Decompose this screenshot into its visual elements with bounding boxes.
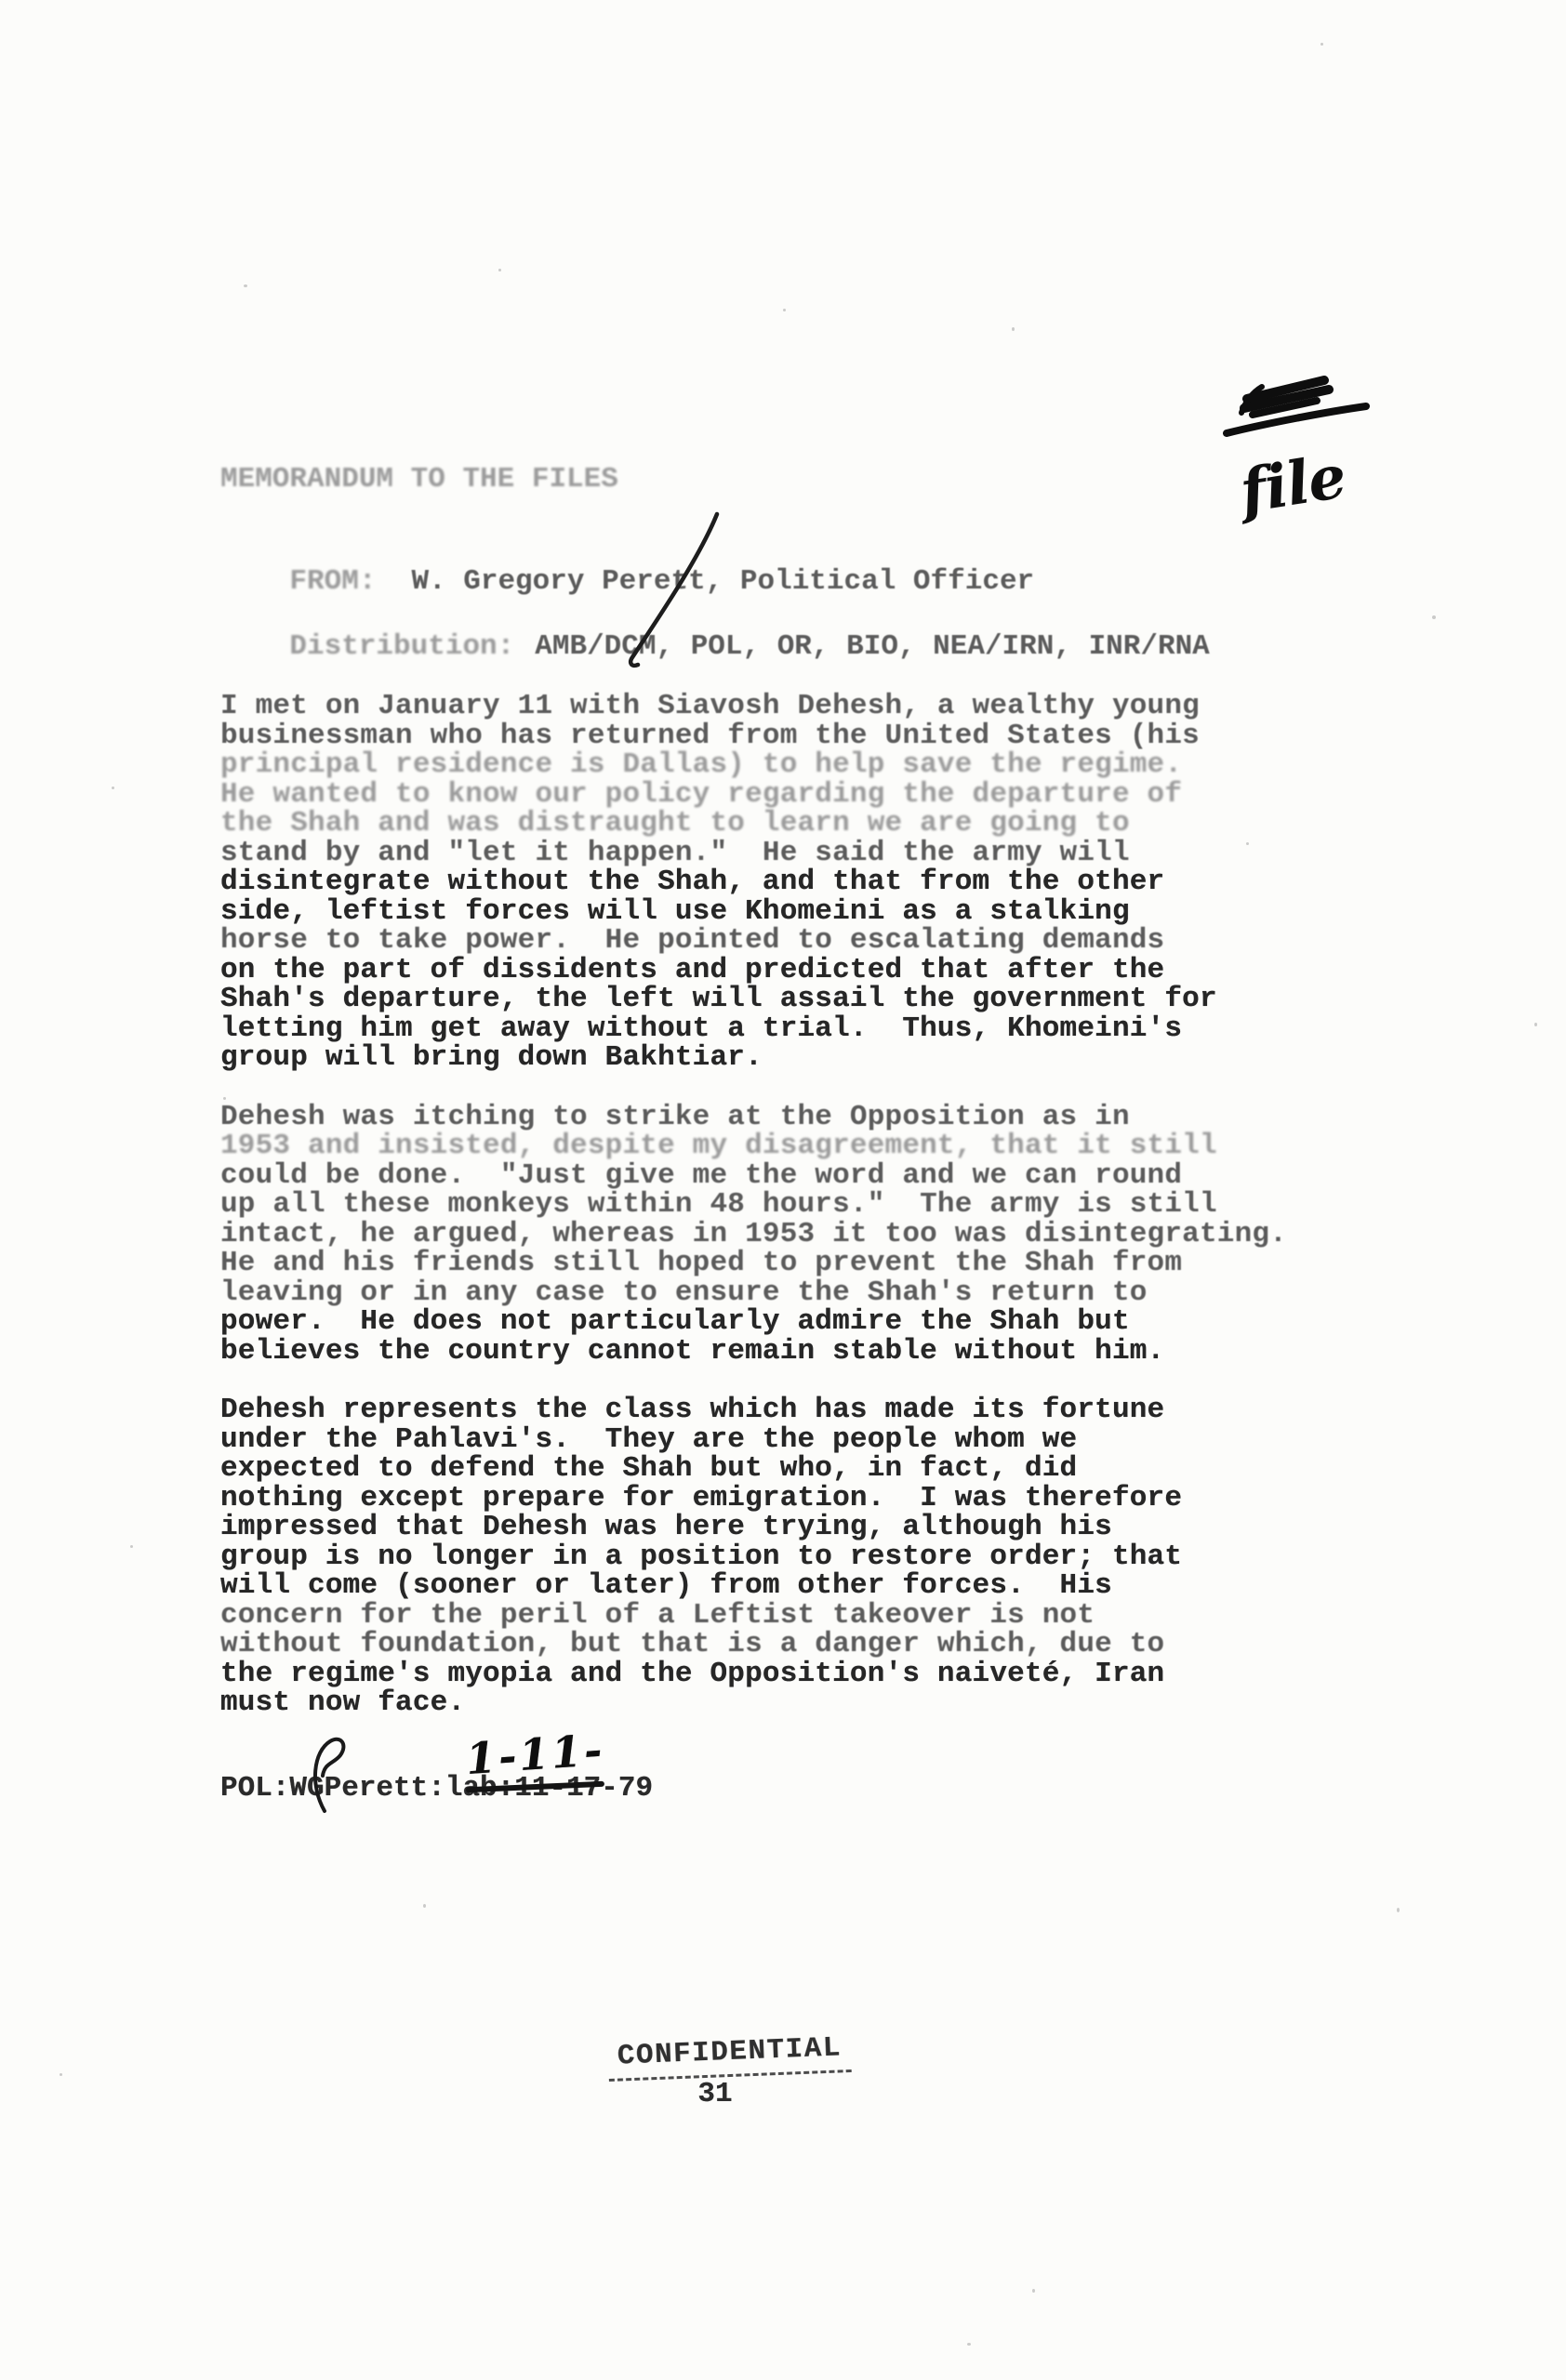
classification-footer: CONFIDENTIAL 31 bbox=[0, 2036, 1460, 2110]
text-line: must now face. bbox=[220, 1688, 1383, 1718]
text-line: concern for the peril of a Leftist takeo… bbox=[220, 1601, 1383, 1631]
text-line: expected to defend the Shah but who, in … bbox=[220, 1454, 1383, 1484]
scribble-mark: file bbox=[1204, 370, 1409, 528]
distribution-label: Distribution: bbox=[289, 632, 514, 662]
text-line: on the part of dissidents and predicted … bbox=[220, 956, 1383, 985]
text-line: 1953 and insisted, despite my disagreeme… bbox=[220, 1131, 1383, 1161]
file-note: file bbox=[1232, 442, 1350, 527]
pen-loop-mark bbox=[296, 1735, 352, 1818]
text-line: group is no longer in a position to rest… bbox=[220, 1542, 1383, 1572]
classification-text: CONFIDENTIAL bbox=[608, 2031, 853, 2082]
text-line: letting him get away without a trial. Th… bbox=[220, 1014, 1383, 1044]
text-line: Dehesh was itching to strike at the Oppo… bbox=[220, 1103, 1383, 1132]
pen-slash-mark bbox=[609, 507, 739, 674]
text-line: He and his friends still hoped to preven… bbox=[220, 1249, 1383, 1278]
text-line: intact, he argued, whereas in 1953 it to… bbox=[220, 1220, 1383, 1249]
paragraph: I met on January 11 with Siavosh Dehesh,… bbox=[220, 692, 1383, 1073]
paragraph: Dehesh represents the class which has ma… bbox=[220, 1395, 1383, 1718]
text-line: nothing except prepare for emigration. I… bbox=[220, 1484, 1383, 1514]
struck-typed-date: 11-171-11- bbox=[514, 1772, 601, 1805]
drafting-line: POL:WGPerett:lab:11-171-11--79 bbox=[220, 1772, 653, 1805]
memo-body: I met on January 11 with Siavosh Dehesh,… bbox=[220, 692, 1383, 1718]
text-line: horse to take power. He pointed to escal… bbox=[220, 926, 1383, 956]
text-line: believes the country cannot remain stabl… bbox=[220, 1337, 1383, 1367]
text-line: power. He does not particularly admire t… bbox=[220, 1307, 1383, 1337]
text-line: without foundation, but that is a danger… bbox=[220, 1630, 1383, 1659]
text-line: under the Pahlavi's. They are the people… bbox=[220, 1425, 1383, 1455]
text-line: Shah's departure, the left will assail t… bbox=[220, 985, 1383, 1014]
text-line: Dehesh represents the class which has ma… bbox=[220, 1395, 1383, 1425]
scanned-memo-page: file MEMORANDUM TO THE FILES FROM:W. Gre… bbox=[0, 0, 1566, 2380]
drafting-suffix: -79 bbox=[601, 1772, 653, 1805]
text-line: leaving or in any case to ensure the Sha… bbox=[220, 1278, 1383, 1308]
memo-subject-line: MEMORANDUM TO THE FILES bbox=[220, 465, 618, 495]
handwritten-date-correction: 1-11- bbox=[465, 1725, 607, 1784]
text-line: businessman who has returned from the Un… bbox=[220, 721, 1383, 751]
text-line: up all these monkeys within 48 hours." T… bbox=[220, 1190, 1383, 1220]
text-line: impressed that Dehesh was here trying, a… bbox=[220, 1513, 1383, 1542]
paragraph: Dehesh was itching to strike at the Oppo… bbox=[220, 1103, 1383, 1367]
text-line: I met on January 11 with Siavosh Dehesh,… bbox=[220, 692, 1383, 721]
text-line: disintegrate without the Shah, and that … bbox=[220, 867, 1383, 897]
text-line: the regime's myopia and the Opposition's… bbox=[220, 1659, 1383, 1689]
text-line: He wanted to know our policy regarding t… bbox=[220, 780, 1383, 810]
classification-stamp: CONFIDENTIAL bbox=[608, 2031, 853, 2082]
text-line: could be done. "Just give me the word an… bbox=[220, 1161, 1383, 1191]
text-line: principal residence is Dallas) to help s… bbox=[220, 750, 1383, 780]
text-line: side, leftist forces will use Khomeini a… bbox=[220, 897, 1383, 927]
from-label: FROM: bbox=[289, 567, 376, 597]
text-line: stand by and "let it happen." He said th… bbox=[220, 839, 1383, 868]
page-number: 31 bbox=[0, 2078, 1445, 2110]
text-line: will come (sooner or later) from other f… bbox=[220, 1571, 1383, 1601]
text-line: group will bring down Bakhtiar. bbox=[220, 1043, 1383, 1073]
text-line: the Shah and was distraught to learn we … bbox=[220, 809, 1383, 839]
